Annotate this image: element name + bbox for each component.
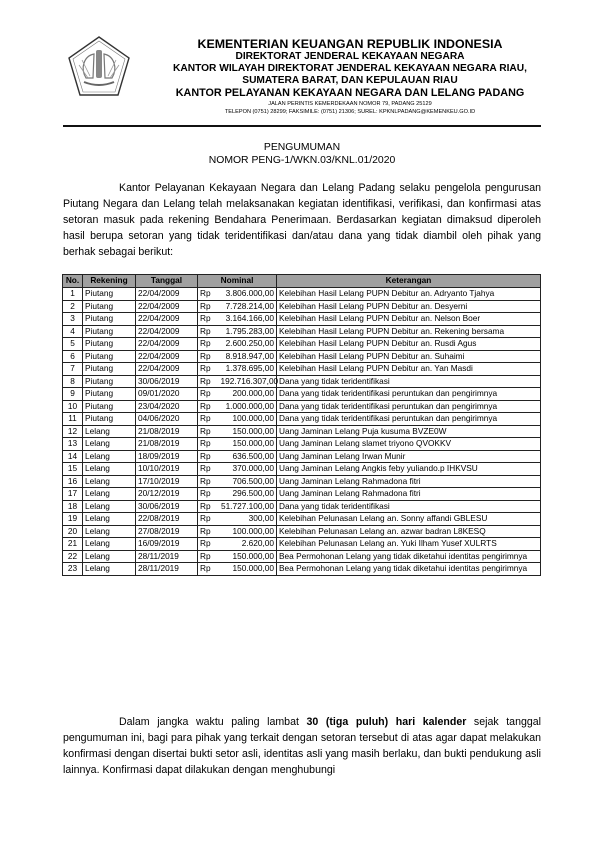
cell-rekening: Piutang bbox=[83, 400, 136, 413]
cell-tanggal: 17/10/2019 bbox=[136, 475, 198, 488]
table-row: 3Piutang22/04/2009Rp3.164.166,00Kelebiha… bbox=[63, 313, 541, 326]
cell-tanggal: 22/04/2009 bbox=[136, 338, 198, 351]
cell-keterangan: Dana yang tidak teridentifikasi peruntuk… bbox=[277, 388, 541, 401]
table-row: 23Lelang28/11/2019Rp150.000,00Bea Permoh… bbox=[63, 563, 541, 576]
cell-keterangan: Kelebihan Pelunasan Lelang an. azwar bad… bbox=[277, 525, 541, 538]
table-row: 2Piutang22/04/2009Rp7.728.214,00Kelebiha… bbox=[63, 300, 541, 313]
cell-currency: Rp bbox=[198, 388, 219, 401]
header-keterangan: Keterangan bbox=[277, 275, 541, 288]
cell-no: 20 bbox=[63, 525, 83, 538]
announcement-number: NOMOR PENG-1/WKN.03/KNL.01/2020 bbox=[63, 155, 541, 168]
table-row: 7Piutang22/04/2009Rp1.378.695,00Kelebiha… bbox=[63, 363, 541, 376]
office-name: KANTOR PELAYANAN KEKAYAAN NEGARA DAN LEL… bbox=[140, 87, 560, 100]
closing-deadline: 30 (tiga puluh) hari kalender bbox=[307, 716, 467, 728]
cell-nominal: 100.000,00 bbox=[219, 525, 277, 538]
cell-currency: Rp bbox=[198, 513, 219, 526]
cell-rekening: Piutang bbox=[83, 300, 136, 313]
cell-rekening: Piutang bbox=[83, 338, 136, 351]
cell-currency: Rp bbox=[198, 500, 219, 513]
cell-nominal: 3.164.166,00 bbox=[219, 313, 277, 326]
closing-paragraph: Dalam jangka waktu paling lambat 30 (tig… bbox=[63, 714, 541, 778]
header-no: No. bbox=[63, 275, 83, 288]
table-header-row: No. Rekening Tanggal Nominal Keterangan bbox=[63, 275, 541, 288]
table-row: 11Piutang04/06/2020Rp100.000,00Dana yang… bbox=[63, 413, 541, 426]
cell-tanggal: 21/08/2019 bbox=[136, 425, 198, 438]
cell-currency: Rp bbox=[198, 325, 219, 338]
cell-keterangan: Kelebihan Hasil Lelang PUPN Debitur an. … bbox=[277, 363, 541, 376]
intro-text: Kantor Pelayanan Kekayaan Negara dan Lel… bbox=[63, 182, 541, 258]
cell-tanggal: 04/06/2020 bbox=[136, 413, 198, 426]
table-row: 1Piutang22/04/2009Rp3.806.000,00Kelebiha… bbox=[63, 288, 541, 301]
cell-keterangan: Dana yang tidak teridentifikasi peruntuk… bbox=[277, 400, 541, 413]
cell-currency: Rp bbox=[198, 350, 219, 363]
cell-rekening: Lelang bbox=[83, 563, 136, 576]
cell-nominal: 8.918.947,00 bbox=[219, 350, 277, 363]
cell-keterangan: Kelebihan Hasil Lelang PUPN Debitur an. … bbox=[277, 325, 541, 338]
cell-tanggal: 22/04/2009 bbox=[136, 363, 198, 376]
table-row: 21Lelang16/09/2019Rp2.620,00Kelebihan Pe… bbox=[63, 538, 541, 551]
cell-nominal: 3.806.000,00 bbox=[219, 288, 277, 301]
header-tanggal: Tanggal bbox=[136, 275, 198, 288]
cell-no: 5 bbox=[63, 338, 83, 351]
cell-keterangan: Dana yang tidak teridentifikasi bbox=[277, 500, 541, 513]
cell-keterangan: Kelebihan Pelunasan Lelang an. Sonny aff… bbox=[277, 513, 541, 526]
office-contact: TELEPON (0751) 28299; FAKSIMILE: (0751) … bbox=[140, 108, 560, 116]
cell-rekening: Lelang bbox=[83, 463, 136, 476]
cell-nominal: 192.716.307,00 bbox=[219, 375, 277, 388]
cell-keterangan: Bea Permohonan Lelang yang tidak diketah… bbox=[277, 563, 541, 576]
table-row: 12Lelang21/08/2019Rp150.000,00Uang Jamin… bbox=[63, 425, 541, 438]
cell-no: 17 bbox=[63, 488, 83, 501]
table-row: 14Lelang18/09/2019Rp636.500,00Uang Jamin… bbox=[63, 450, 541, 463]
header-rekening: Rekening bbox=[83, 275, 136, 288]
cell-nominal: 370.000,00 bbox=[219, 463, 277, 476]
cell-no: 12 bbox=[63, 425, 83, 438]
cell-currency: Rp bbox=[198, 463, 219, 476]
cell-tanggal: 28/11/2019 bbox=[136, 563, 198, 576]
cell-nominal: 51.727.100,00 bbox=[219, 500, 277, 513]
cell-tanggal: 16/09/2019 bbox=[136, 538, 198, 551]
cell-no: 6 bbox=[63, 350, 83, 363]
cell-nominal: 150.000,00 bbox=[219, 425, 277, 438]
cell-tanggal: 20/12/2019 bbox=[136, 488, 198, 501]
cell-currency: Rp bbox=[198, 450, 219, 463]
cell-no: 10 bbox=[63, 400, 83, 413]
cell-no: 15 bbox=[63, 463, 83, 476]
cell-rekening: Lelang bbox=[83, 475, 136, 488]
cell-no: 1 bbox=[63, 288, 83, 301]
cell-currency: Rp bbox=[198, 363, 219, 376]
cell-tanggal: 22/04/2009 bbox=[136, 350, 198, 363]
deposits-table: No. Rekening Tanggal Nominal Keterangan … bbox=[62, 274, 541, 576]
cell-tanggal: 23/04/2020 bbox=[136, 400, 198, 413]
cell-rekening: Piutang bbox=[83, 350, 136, 363]
closing-text-before: Dalam jangka waktu paling lambat bbox=[119, 716, 307, 728]
cell-keterangan: Uang Jaminan Lelang Rahmadona fitri bbox=[277, 488, 541, 501]
office-address: JALAN PERINTIS KEMERDEKAAN NOMOR 79, PAD… bbox=[140, 100, 560, 108]
cell-nominal: 1.000.000,00 bbox=[219, 400, 277, 413]
cell-no: 8 bbox=[63, 375, 83, 388]
cell-no: 11 bbox=[63, 413, 83, 426]
cell-tanggal: 18/09/2019 bbox=[136, 450, 198, 463]
cell-keterangan: Bea Permohonan Lelang yang tidak diketah… bbox=[277, 550, 541, 563]
cell-nominal: 2.600.250,00 bbox=[219, 338, 277, 351]
cell-keterangan: Kelebihan Hasil Lelang PUPN Debitur an. … bbox=[277, 300, 541, 313]
cell-keterangan: Kelebihan Hasil Lelang PUPN Debitur an. … bbox=[277, 313, 541, 326]
cell-nominal: 636.500,00 bbox=[219, 450, 277, 463]
cell-rekening: Lelang bbox=[83, 450, 136, 463]
cell-currency: Rp bbox=[198, 400, 219, 413]
cell-no: 13 bbox=[63, 438, 83, 451]
cell-nominal: 1.795.283,00 bbox=[219, 325, 277, 338]
cell-keterangan: Dana yang tidak teridentifikasi peruntuk… bbox=[277, 413, 541, 426]
cell-nominal: 2.620,00 bbox=[219, 538, 277, 551]
cell-nominal: 150.000,00 bbox=[219, 550, 277, 563]
table-row: 8Piutang30/06/2019Rp192.716.307,00Dana y… bbox=[63, 375, 541, 388]
cell-currency: Rp bbox=[198, 525, 219, 538]
cell-rekening: Piutang bbox=[83, 288, 136, 301]
cell-rekening: Lelang bbox=[83, 538, 136, 551]
cell-no: 21 bbox=[63, 538, 83, 551]
cell-no: 9 bbox=[63, 388, 83, 401]
table-row: 16Lelang17/10/2019Rp706.500,00Uang Jamin… bbox=[63, 475, 541, 488]
cell-tanggal: 30/06/2019 bbox=[136, 375, 198, 388]
cell-currency: Rp bbox=[198, 413, 219, 426]
cell-tanggal: 22/04/2009 bbox=[136, 300, 198, 313]
regional-office-line1: KANTOR WILAYAH DIREKTORAT JENDERAL KEKAY… bbox=[140, 63, 560, 75]
table-row: 6Piutang22/04/2009Rp8.918.947,00Kelebiha… bbox=[63, 350, 541, 363]
cell-currency: Rp bbox=[198, 438, 219, 451]
cell-rekening: Lelang bbox=[83, 513, 136, 526]
letterhead-divider bbox=[63, 125, 541, 127]
cell-no: 23 bbox=[63, 563, 83, 576]
cell-nominal: 1.378.695,00 bbox=[219, 363, 277, 376]
cell-currency: Rp bbox=[198, 338, 219, 351]
cell-tanggal: 22/08/2019 bbox=[136, 513, 198, 526]
cell-tanggal: 22/04/2009 bbox=[136, 325, 198, 338]
cell-no: 16 bbox=[63, 475, 83, 488]
cell-currency: Rp bbox=[198, 300, 219, 313]
cell-rekening: Lelang bbox=[83, 525, 136, 538]
cell-rekening: Lelang bbox=[83, 425, 136, 438]
cell-currency: Rp bbox=[198, 563, 219, 576]
cell-keterangan: Kelebihan Pelunasan Lelang an. Yuki Ilha… bbox=[277, 538, 541, 551]
cell-no: 7 bbox=[63, 363, 83, 376]
cell-no: 22 bbox=[63, 550, 83, 563]
header-nominal: Nominal bbox=[198, 275, 277, 288]
intro-paragraph: Kantor Pelayanan Kekayaan Negara dan Lel… bbox=[63, 180, 541, 260]
cell-nominal: 706.500,00 bbox=[219, 475, 277, 488]
cell-currency: Rp bbox=[198, 425, 219, 438]
cell-rekening: Lelang bbox=[83, 500, 136, 513]
cell-currency: Rp bbox=[198, 288, 219, 301]
announcement-title: PENGUMUMAN bbox=[63, 142, 541, 155]
cell-currency: Rp bbox=[198, 538, 219, 551]
regional-office-line2: SUMATERA BARAT, DAN KEPULAUAN RIAU bbox=[140, 75, 560, 87]
directorate-name: DIREKTORAT JENDERAL KEKAYAAN NEGARA bbox=[140, 51, 560, 63]
table-row: 15Lelang10/10/2019Rp370.000,00Uang Jamin… bbox=[63, 463, 541, 476]
ministry-of-finance-emblem-icon bbox=[66, 34, 132, 98]
table-row: 20Lelang27/08/2019Rp100.000,00Kelebihan … bbox=[63, 525, 541, 538]
cell-tanggal: 27/08/2019 bbox=[136, 525, 198, 538]
cell-tanggal: 09/01/2020 bbox=[136, 388, 198, 401]
cell-keterangan: Uang Jaminan Lelang slamet triyono QVOKK… bbox=[277, 438, 541, 451]
table-row: 4Piutang22/04/2009Rp1.795.283,00Kelebiha… bbox=[63, 325, 541, 338]
table-row: 13Lelang21/08/2019Rp150.000,00Uang Jamin… bbox=[63, 438, 541, 451]
cell-tanggal: 10/10/2019 bbox=[136, 463, 198, 476]
cell-currency: Rp bbox=[198, 488, 219, 501]
cell-tanggal: 22/04/2009 bbox=[136, 313, 198, 326]
cell-nominal: 200.000,00 bbox=[219, 388, 277, 401]
cell-nominal: 150.000,00 bbox=[219, 563, 277, 576]
cell-keterangan: Uang Jaminan Lelang Angkis feby yuliando… bbox=[277, 463, 541, 476]
cell-keterangan: Kelebihan Hasil Lelang PUPN Debitur an. … bbox=[277, 288, 541, 301]
cell-rekening: Piutang bbox=[83, 413, 136, 426]
cell-keterangan: Uang Jaminan Lelang Irwan Munir bbox=[277, 450, 541, 463]
cell-rekening: Piutang bbox=[83, 363, 136, 376]
cell-no: 18 bbox=[63, 500, 83, 513]
cell-tanggal: 28/11/2019 bbox=[136, 550, 198, 563]
table-row: 5Piutang22/04/2009Rp2.600.250,00Kelebiha… bbox=[63, 338, 541, 351]
cell-tanggal: 22/04/2009 bbox=[136, 288, 198, 301]
cell-rekening: Piutang bbox=[83, 388, 136, 401]
cell-nominal: 150.000,00 bbox=[219, 438, 277, 451]
cell-tanggal: 21/08/2019 bbox=[136, 438, 198, 451]
cell-rekening: Piutang bbox=[83, 313, 136, 326]
cell-keterangan: Kelebihan Hasil Lelang PUPN Debitur an. … bbox=[277, 350, 541, 363]
cell-no: 14 bbox=[63, 450, 83, 463]
cell-currency: Rp bbox=[198, 475, 219, 488]
cell-no: 19 bbox=[63, 513, 83, 526]
cell-rekening: Lelang bbox=[83, 550, 136, 563]
cell-nominal: 296.500,00 bbox=[219, 488, 277, 501]
cell-nominal: 100.000,00 bbox=[219, 413, 277, 426]
cell-keterangan: Dana yang tidak teridentifikasi bbox=[277, 375, 541, 388]
cell-keterangan: Kelebihan Hasil Lelang PUPN Debitur an. … bbox=[277, 338, 541, 351]
table-row: 18Lelang30/06/2019Rp51.727.100,00Dana ya… bbox=[63, 500, 541, 513]
cell-currency: Rp bbox=[198, 550, 219, 563]
table-row: 17Lelang20/12/2019Rp296.500,00Uang Jamin… bbox=[63, 488, 541, 501]
letterhead: KEMENTERIAN KEUANGAN REPUBLIK INDONESIA … bbox=[140, 37, 560, 116]
cell-currency: Rp bbox=[198, 313, 219, 326]
cell-no: 2 bbox=[63, 300, 83, 313]
cell-currency: Rp bbox=[198, 375, 219, 388]
cell-no: 3 bbox=[63, 313, 83, 326]
cell-no: 4 bbox=[63, 325, 83, 338]
cell-rekening: Piutang bbox=[83, 375, 136, 388]
cell-rekening: Piutang bbox=[83, 325, 136, 338]
cell-rekening: Lelang bbox=[83, 488, 136, 501]
table-row: 22Lelang28/11/2019Rp150.000,00Bea Permoh… bbox=[63, 550, 541, 563]
cell-keterangan: Uang Jaminan Lelang Puja kusuma BVZE0W bbox=[277, 425, 541, 438]
cell-nominal: 7.728.214,00 bbox=[219, 300, 277, 313]
cell-tanggal: 30/06/2019 bbox=[136, 500, 198, 513]
ministry-name: KEMENTERIAN KEUANGAN REPUBLIK INDONESIA bbox=[140, 37, 560, 51]
table-row: 19Lelang22/08/2019Rp300,00Kelebihan Pelu… bbox=[63, 513, 541, 526]
cell-rekening: Lelang bbox=[83, 438, 136, 451]
table-row: 10Piutang23/04/2020Rp1.000.000,00Dana ya… bbox=[63, 400, 541, 413]
cell-nominal: 300,00 bbox=[219, 513, 277, 526]
announcement-heading: PENGUMUMAN NOMOR PENG-1/WKN.03/KNL.01/20… bbox=[63, 142, 541, 167]
table-row: 9Piutang09/01/2020Rp200.000,00Dana yang … bbox=[63, 388, 541, 401]
cell-keterangan: Uang Jaminan Lelang Rahmadona fitri bbox=[277, 475, 541, 488]
